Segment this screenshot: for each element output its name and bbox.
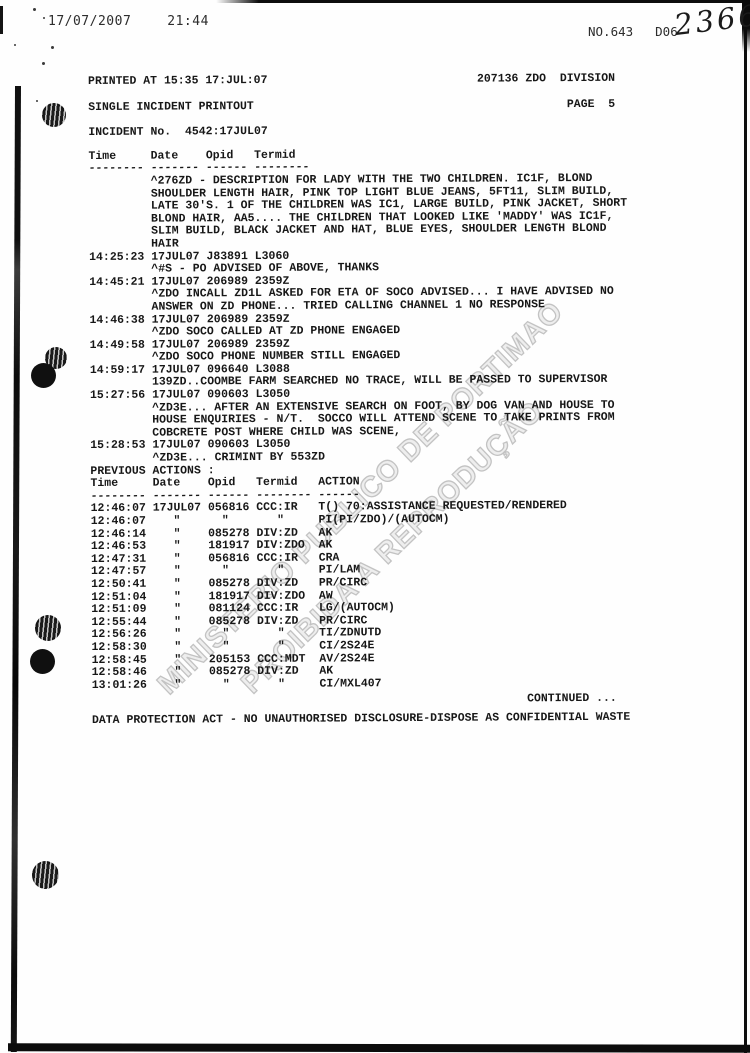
punch-mark: [35, 615, 61, 641]
punch-mark: [31, 363, 56, 388]
fax-time: 21:44: [167, 14, 209, 29]
ink-speck: [43, 17, 45, 19]
ink-speck: [51, 46, 54, 49]
handwritten-page-number: 2366: [672, 0, 750, 41]
ink-speck: [33, 8, 36, 11]
page-number: PAGE 5: [567, 98, 615, 111]
ink-speck: [42, 62, 45, 65]
scan-right-edge: [744, 0, 747, 1053]
printed-at-label: PRINTED AT 15:35 17:JUL:07: [88, 75, 268, 89]
continued-label: CONTINUED ...: [92, 693, 619, 709]
scan-left-edge: [11, 86, 21, 1052]
fax-page-info: NO.643D06: [588, 24, 678, 39]
scan-top-edge: [216, 0, 750, 3]
document-page: MINISTERIO PUBLICO DE PORTIMAO PROIBIDA …: [0, 0, 750, 1053]
footer-note: DATA PROTECTION ACT - NO UNAUTHORISED DI…: [92, 712, 619, 728]
punch-mark: [30, 649, 55, 674]
fax-date: 17/07/2007: [48, 14, 131, 29]
scan-bottom-edge: [8, 1043, 750, 1053]
incident-log-table: Time Date Opid Termid -------- ------- -…: [88, 148, 617, 466]
division-header: 207136 ZDO DIVISION: [477, 73, 615, 86]
previous-actions-table: PREVIOUS ACTIONS : Time Date Opid Termid…: [90, 462, 618, 692]
fax-header: 17/07/200721:44: [48, 14, 209, 30]
punch-mark: [42, 103, 66, 127]
ink-speck: [14, 44, 16, 46]
scan-left-corner-edge: [0, 6, 3, 34]
incident-printout: PRINTED AT 15:35 17:JUL:07 207136 ZDO DI…: [88, 73, 619, 728]
document-title: SINGLE INCIDENT PRINTOUT: [88, 101, 254, 115]
fax-number: NO.643: [588, 24, 633, 39]
punch-mark: [32, 861, 59, 889]
ink-speck: [36, 100, 38, 102]
incident-number: INCIDENT No. 4542:17JUL07: [88, 124, 615, 140]
